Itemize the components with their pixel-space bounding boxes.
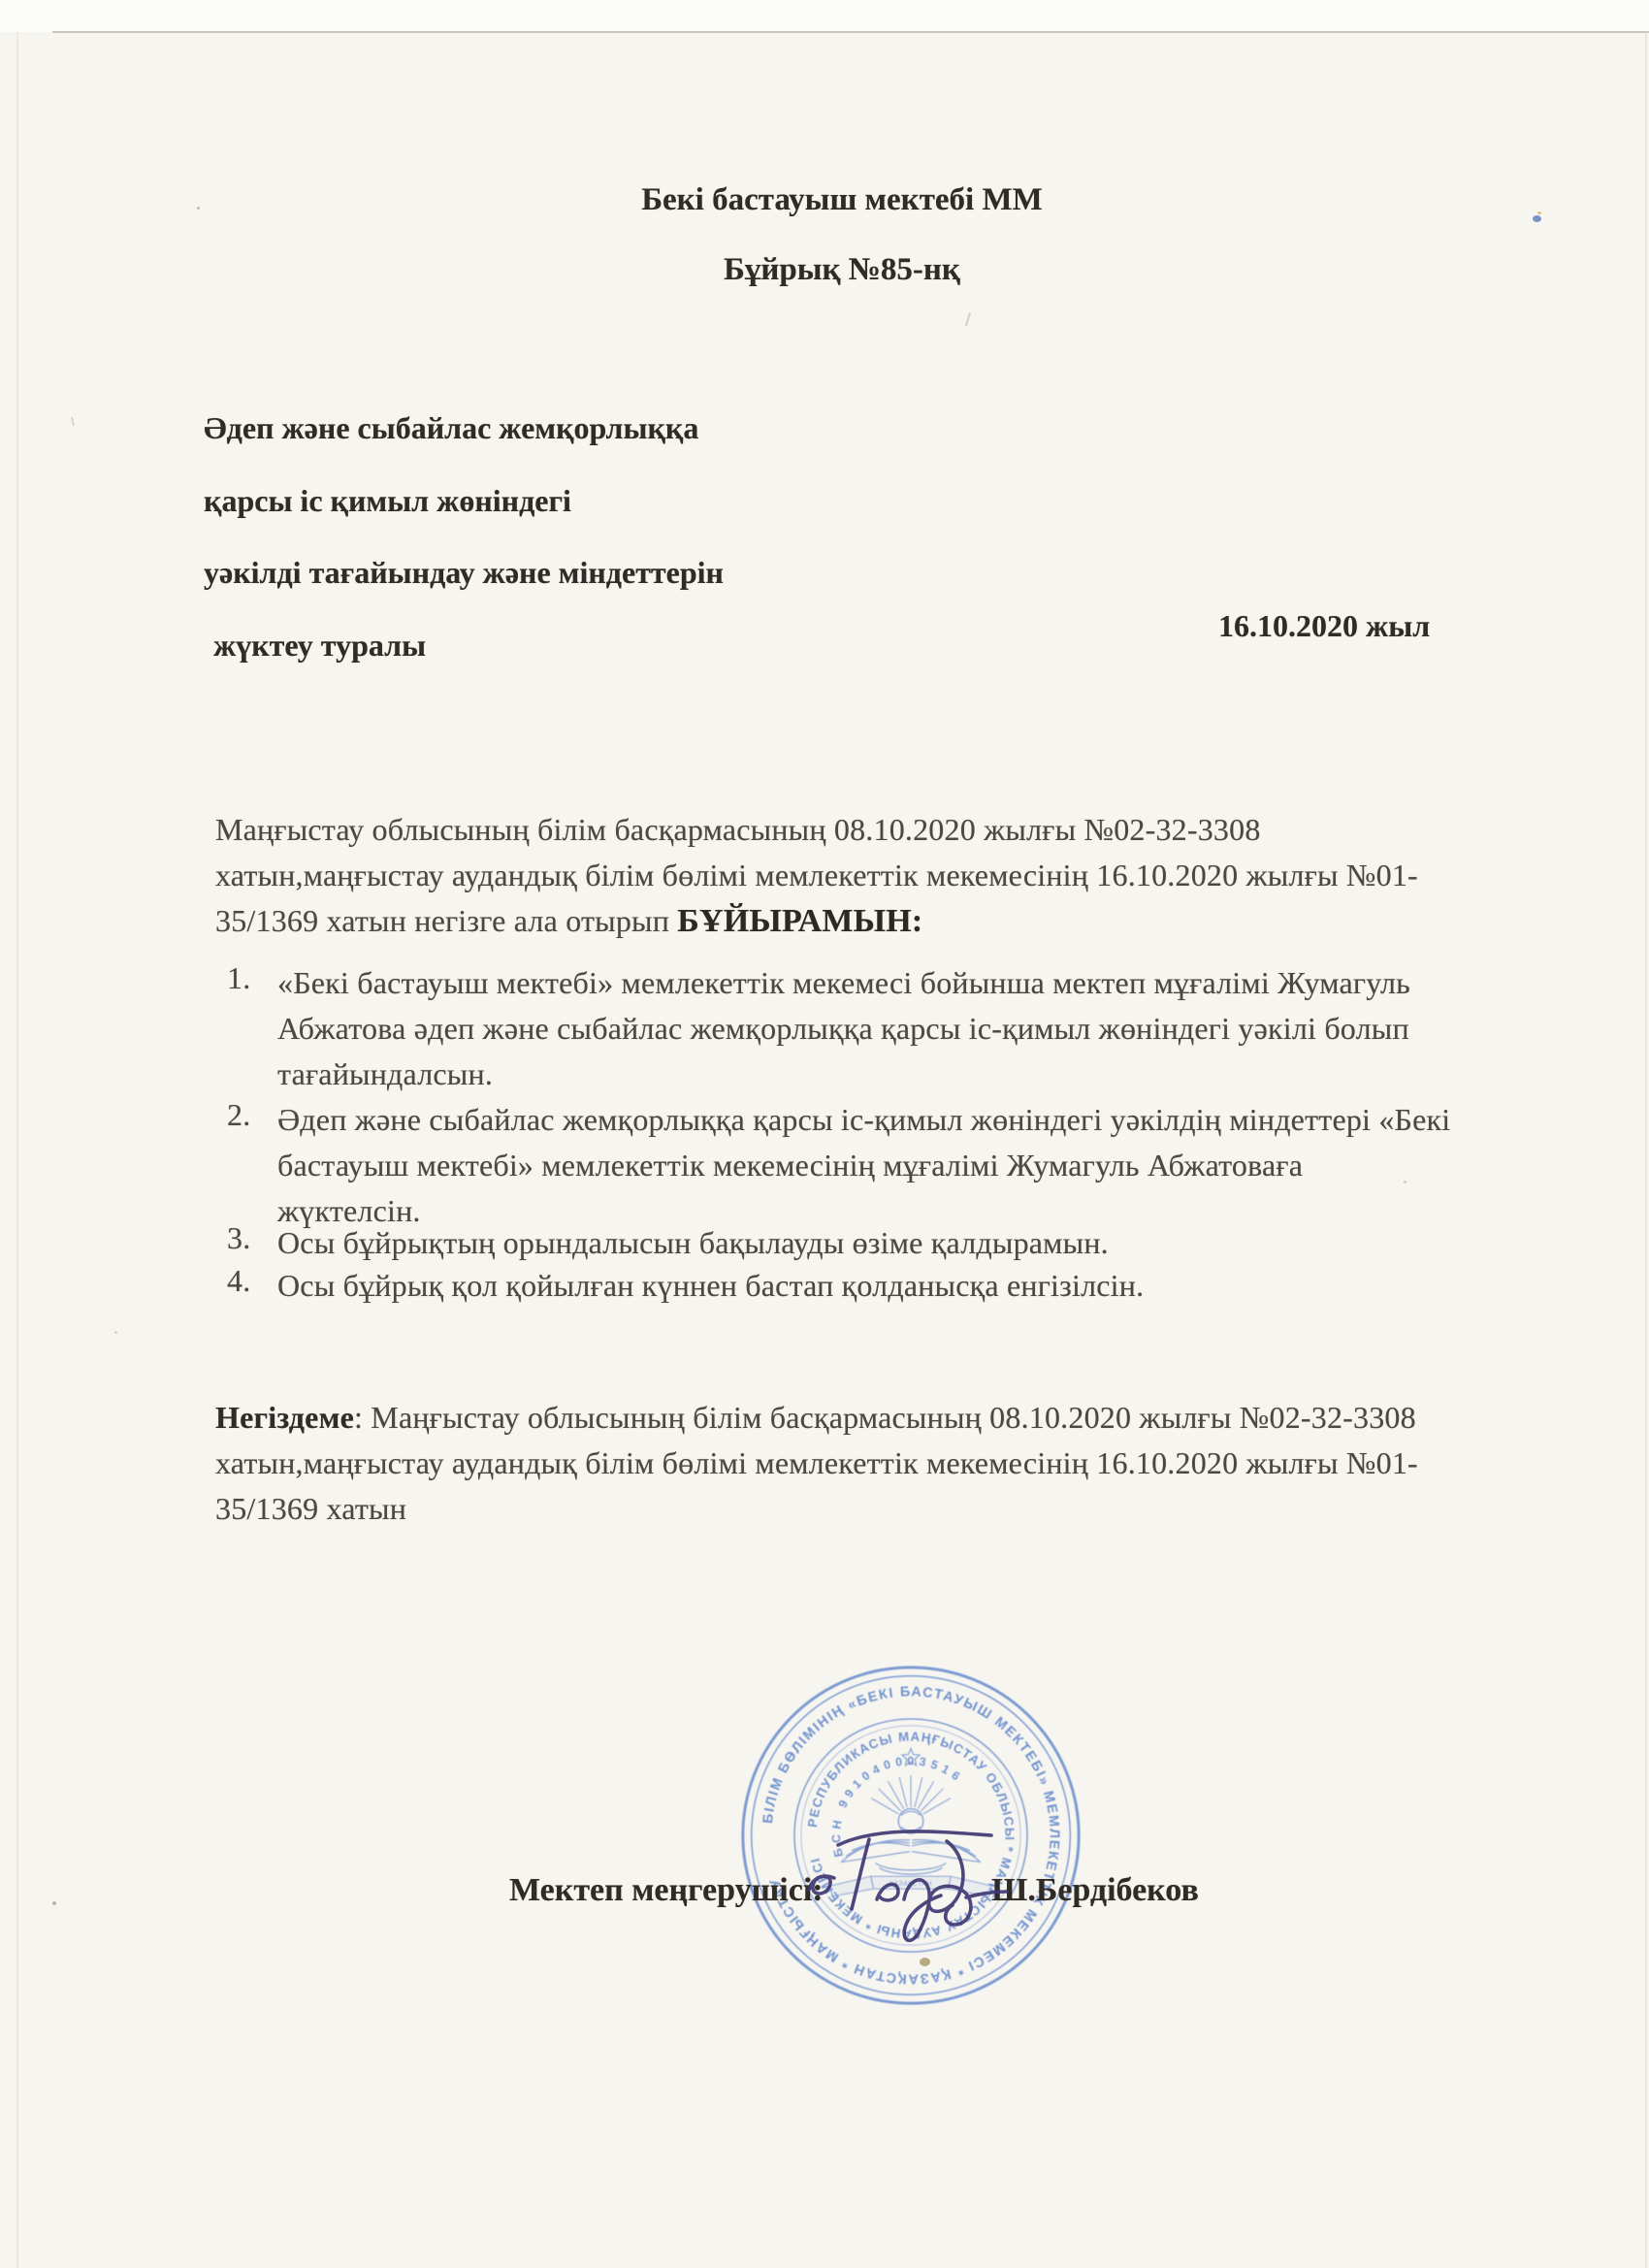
signatory-name: Ш.Бердібеков xyxy=(991,1872,1199,1909)
subject-line: қарсы іс қимыл жөніндегі xyxy=(204,465,724,537)
ink-speck xyxy=(1533,215,1541,222)
preamble-line: хатын,маңғыстау аудандық білім бөлімі ме… xyxy=(215,853,1418,898)
item-line: Осы бұйрықтың орындалысын бақылауды өзім… xyxy=(277,1220,1109,1266)
order-item-4: 4. Осы бұйрық қол қойылған күннен бастап… xyxy=(227,1263,1144,1309)
item-line: «Бекі бастауыш мектебі» мемлекеттік меке… xyxy=(277,960,1410,1006)
order-item-3: 3. Осы бұйрықтың орындалысын бақылауды ө… xyxy=(227,1220,1109,1266)
paper-top-edge xyxy=(52,31,1649,33)
basis-line: : Маңғыстау облысының білім басқармасыны… xyxy=(354,1400,1416,1435)
paper-left-edge xyxy=(16,32,18,2268)
item-number: 2. xyxy=(227,1097,277,1234)
organization-title: Бекі бастауыш мектебі ММ xyxy=(17,182,1649,218)
scan-speck xyxy=(52,1901,56,1905)
item-number: 3. xyxy=(227,1220,277,1266)
basis-line: хатын,маңғыстау аудандық білім бөлімі ме… xyxy=(215,1441,1418,1486)
subject-line: Әдеп және сыбайлас жемқорлыққа xyxy=(204,392,724,465)
subject-line: жүктеу туралы xyxy=(204,609,724,682)
subject-line: уәкілді тағайындау және міндеттерін xyxy=(204,536,724,609)
item-line: тағайындалсын. xyxy=(277,1052,1410,1097)
ink-speck xyxy=(1537,211,1541,214)
item-number: 1. xyxy=(227,960,277,1097)
paper-right-edge xyxy=(1645,32,1647,2268)
order-number-title: Бұйрық №85-нқ xyxy=(17,252,1649,288)
order-item-2: 2. Әдеп және сыбайлас жемқорлыққа қарсы … xyxy=(227,1097,1450,1234)
preamble-line: Маңғыстау облысының білім басқармасының … xyxy=(215,807,1418,853)
scanned-document-page: Бекі бастауыш мектебі ММ Бұйрық №85-нқ Ә… xyxy=(0,0,1649,2268)
scan-speck xyxy=(197,207,200,210)
scan-mark xyxy=(71,417,75,426)
order-date: 16.10.2020 жыл xyxy=(1218,608,1430,644)
order-verb: БҰЙЫРАМЫН: xyxy=(677,903,922,939)
signature-scribble xyxy=(801,1806,1010,1950)
basis-line: 35/1369 хатын xyxy=(215,1486,1418,1532)
order-item-1: 1. «Бекі бастауыш мектебі» мемлекеттік м… xyxy=(227,960,1410,1097)
item-number: 4. xyxy=(227,1263,277,1309)
preamble-line: 35/1369 хатын негізге ала отырып БҰЙЫРАМ… xyxy=(215,898,1418,944)
item-line: Әдеп және сыбайлас жемқорлыққа қарсы іс-… xyxy=(277,1097,1450,1143)
signature-role-label: Мектеп меңгерушісі: xyxy=(509,1872,824,1909)
scan-speck xyxy=(114,1331,117,1334)
scan-speck xyxy=(1404,1181,1406,1183)
basis-label: Негіздеме xyxy=(215,1400,354,1435)
scan-mark xyxy=(965,312,971,326)
basis-paragraph: Негіздеме: Маңғыстау облысының білім бас… xyxy=(215,1395,1418,1532)
preamble-paragraph: Маңғыстау облысының білім басқармасының … xyxy=(215,807,1418,944)
scanner-top-band xyxy=(0,0,1649,32)
item-line: бастауыш мектебі» мемлекеттік мекемесіні… xyxy=(277,1143,1450,1188)
item-line: Осы бұйрық қол қойылған күннен бастап қо… xyxy=(277,1263,1144,1309)
order-subject-block: Әдеп және сыбайлас жемқорлыққа қарсы іс … xyxy=(204,392,724,681)
handwritten-signature xyxy=(801,1806,1010,1950)
item-line: Абжатова әдеп және сыбайлас жемқорлыққа … xyxy=(277,1006,1410,1052)
